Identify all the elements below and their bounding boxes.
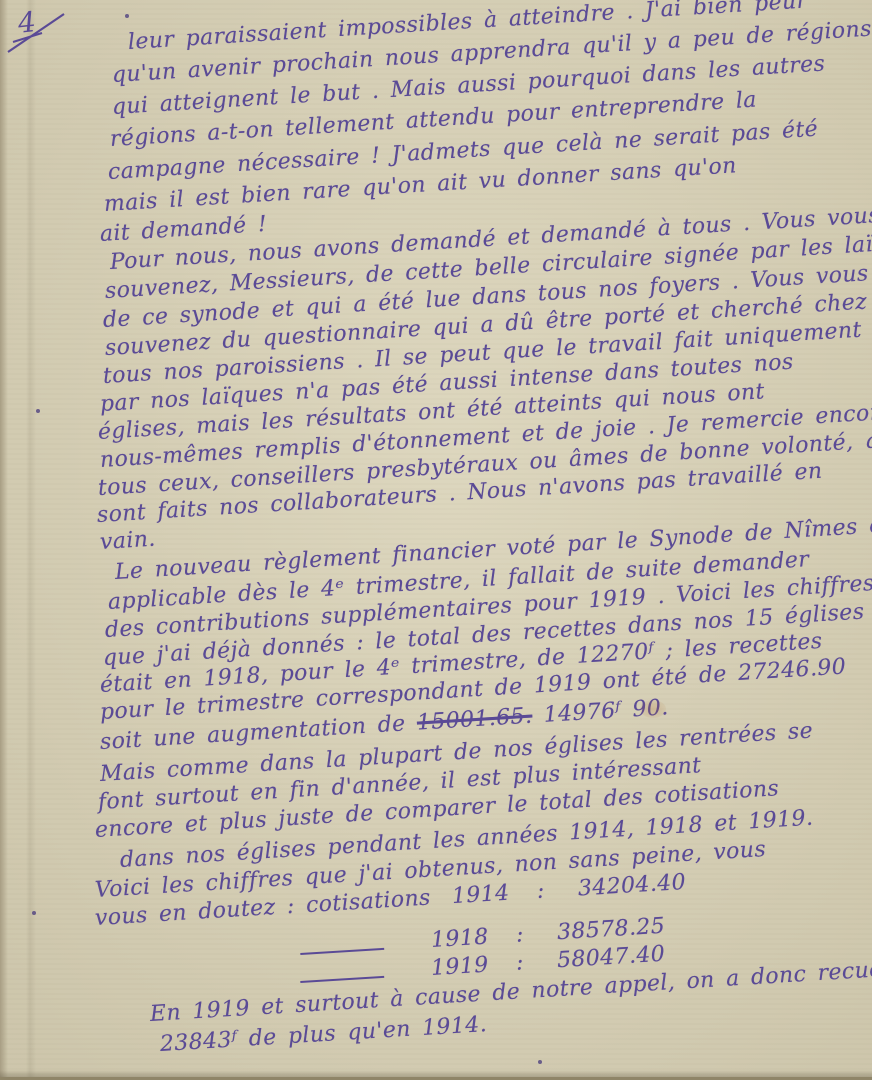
figures-value: 34204.40	[577, 870, 687, 902]
ink-speck	[32, 911, 36, 915]
ink-speck	[36, 409, 40, 413]
figures-colon: :	[515, 950, 524, 975]
figures-value: 58047.40	[556, 942, 666, 974]
manuscript-page: 4 leur paraissaient impossibles à attein…	[0, 0, 872, 1080]
ditto-dash-rule	[300, 976, 384, 983]
age-stain	[640, 700, 666, 718]
figures-colon: :	[536, 879, 545, 904]
figures-year: 1919	[430, 952, 489, 980]
struck-amount: 15001.65.	[416, 704, 533, 736]
ditto-dash-rule	[300, 948, 384, 955]
ink-speck	[125, 14, 129, 18]
handwritten-line: vain.	[99, 527, 156, 555]
ink-speck	[538, 1060, 542, 1064]
page-number-slash-mark	[0, 2, 80, 66]
figures-year: 1918	[430, 924, 489, 952]
paper-left-edge	[0, 0, 8, 1080]
figures-value: 38578.25	[556, 914, 666, 946]
figures-colon: :	[515, 922, 524, 947]
figures-year: 1914	[451, 881, 510, 909]
